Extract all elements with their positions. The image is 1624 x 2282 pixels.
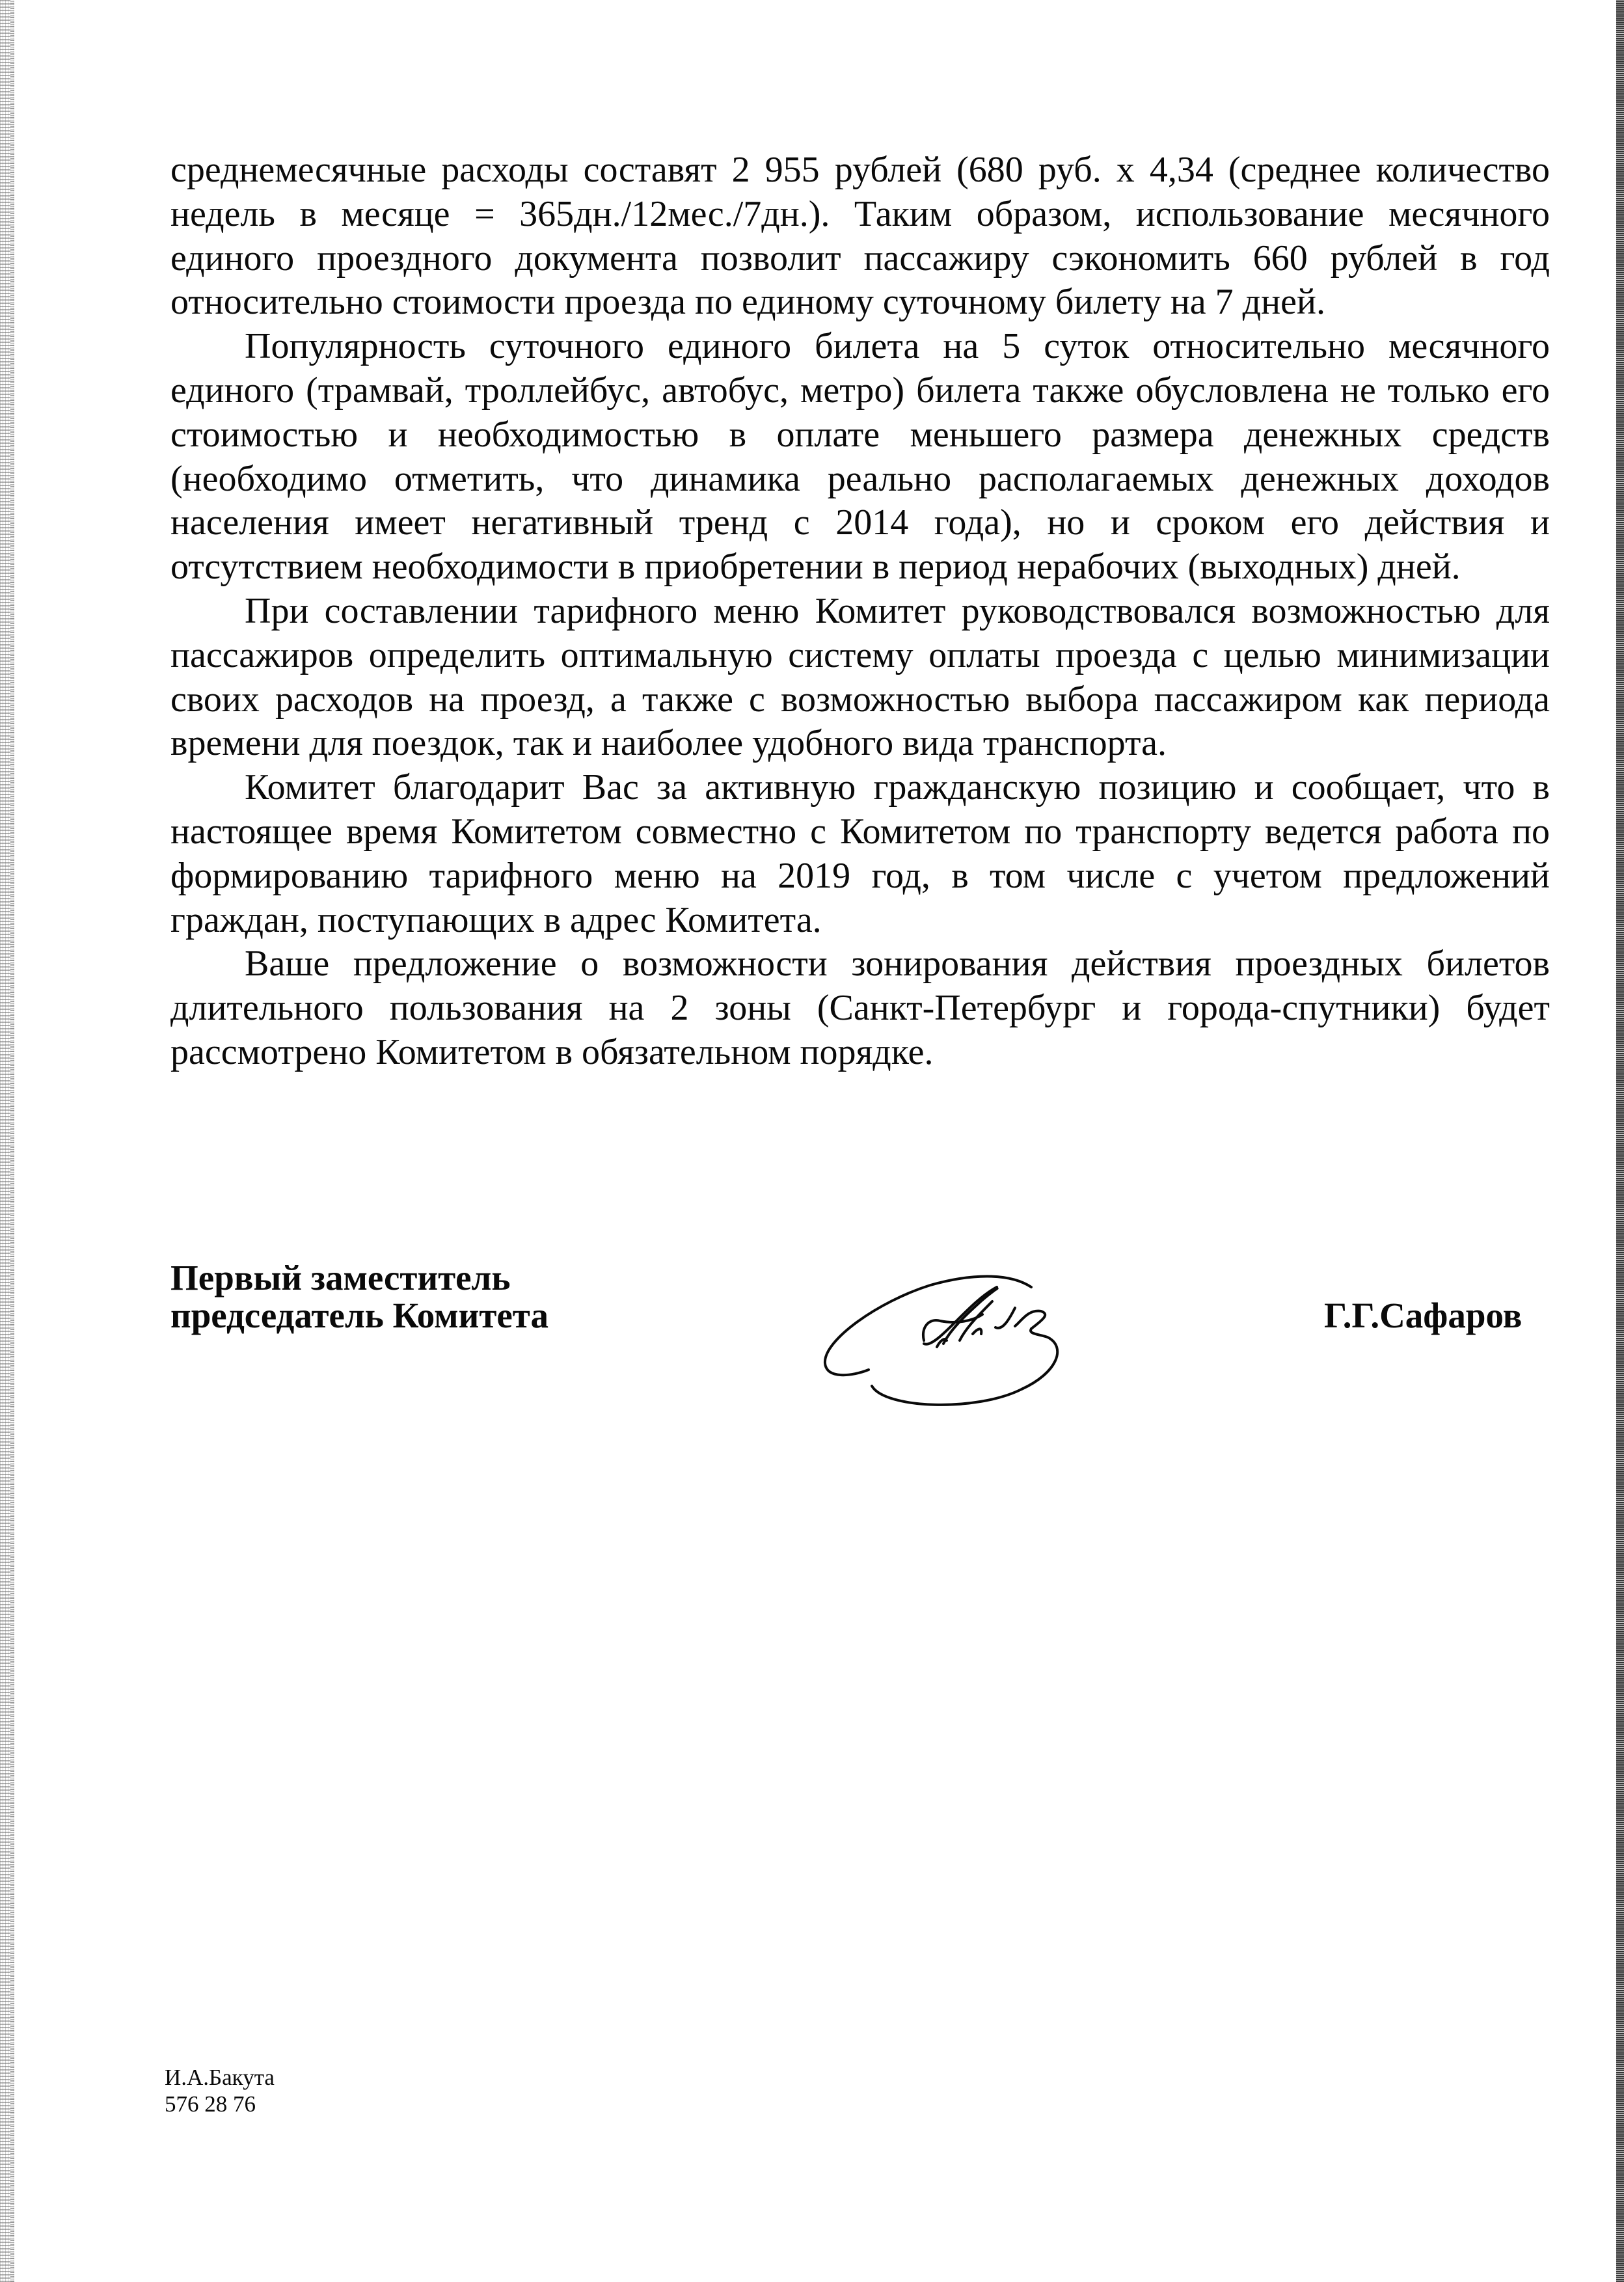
paragraph-popularity: Популярность суточного единого билета на… xyxy=(170,325,1550,590)
scan-edge-left xyxy=(0,0,14,2282)
letter-body: среднемесячные расходы составят 2 955 ру… xyxy=(170,148,1550,1075)
signatory-position-line-2: председатель Комитета xyxy=(170,1297,548,1335)
executor-info: И.А.Бакута 576 28 76 xyxy=(165,2064,275,2117)
executor-phone: 576 28 76 xyxy=(165,2091,275,2117)
executor-name: И.А.Бакута xyxy=(165,2064,275,2091)
signatory-position: Первый заместитель председатель Комитета xyxy=(170,1259,548,1335)
paragraph-expenses: среднемесячные расходы составят 2 955 ру… xyxy=(170,148,1550,325)
signatory-name: Г.Г.Сафаров xyxy=(1324,1297,1522,1335)
paragraph-zoning-proposal: Ваше предложение о возможности зонирован… xyxy=(170,942,1550,1074)
paragraph-gratitude: Комитет благодарит Вас за активную гражд… xyxy=(170,766,1550,942)
handwritten-signature-icon xyxy=(807,1249,1067,1412)
scan-edge-right xyxy=(1616,0,1624,2282)
signatory-position-line-1: Первый заместитель xyxy=(170,1259,548,1297)
paragraph-tariff-menu: При составлении тарифного меню Комитет р… xyxy=(170,590,1550,766)
